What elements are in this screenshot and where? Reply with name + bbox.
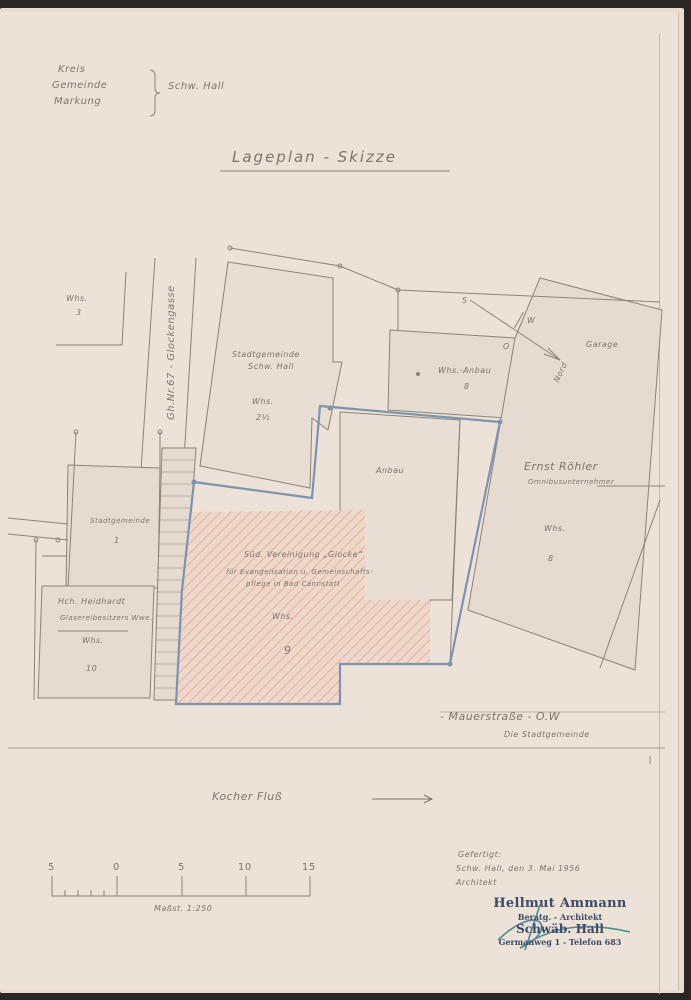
parcel-whs-anbau-number: 8 [464, 382, 470, 391]
parcel-stadtgemeinde-number: 2½ [256, 413, 270, 422]
scale-tick-0: 0 [113, 862, 120, 873]
parcel-heidhardt-type: Whs. [82, 636, 104, 645]
north-arrow-letter-w: W [527, 316, 535, 325]
page-title: Lageplan - Skizze [232, 148, 397, 166]
street-label-mauerstrasse: - Mauerstraße - O.W [440, 710, 560, 723]
north-arrow-letter-s: S [462, 296, 468, 305]
parcel-heidhardt-number: 10 [86, 664, 97, 673]
parcel-roehler-type: Whs. [544, 524, 566, 533]
parcel-heidhardt-owner: Hch. Heidhardt [58, 597, 125, 606]
header-value: Schw. Hall [168, 81, 224, 92]
north-arrow-letter-o: O [503, 342, 510, 351]
parcel-garage-label: Garage [586, 340, 618, 349]
parcel-whs3-label: Whs. [66, 294, 88, 303]
scale-tick-5: 5 [178, 862, 185, 873]
signature-line-architekt: Architekt [456, 878, 497, 887]
parcel-stadtgemeinde-type: Whs. [252, 397, 274, 406]
scale-label: Maßst. 1:250 [154, 904, 212, 913]
parcel-stadtgemeinde-1-number: 1 [114, 536, 120, 545]
parcel-stadtgemeinde-city: Schw. Hall [248, 362, 294, 371]
scale-tick-5-neg: 5 [48, 862, 55, 873]
parcel-glocke-location: pflege in Bad Cannstatt [246, 580, 340, 588]
parcel-stadtgemeinde-owner: Stadtgemeinde [232, 350, 300, 359]
street-label-glockengasse: Gh.Nr.67 - Glockengasse [166, 285, 177, 420]
parcel-roehler-occupation: Omnibusunternehmer [528, 478, 614, 486]
parcel-anbau-label: Anbau [376, 466, 404, 475]
parcel-roehler-number: 8 [548, 554, 554, 563]
header-label-gemeinde: Gemeinde [52, 80, 107, 91]
river-label: Kocher Fluß [212, 790, 282, 803]
architect-stamp: Hellmut Ammann Beratg. - Architekt Schwä… [490, 896, 630, 947]
stamp-city: Schwäb. Hall [490, 922, 630, 936]
header-label-markung: Markung [54, 96, 101, 107]
signature-line-date: Schw. Hall, den 3. Mai 1956 [456, 864, 580, 873]
parcel-stadtgemeinde-1-owner: Stadtgemeinde [90, 517, 150, 525]
parcel-glocke-type: Whs. [272, 612, 294, 621]
stamp-role: Beratg. - Architekt [490, 912, 630, 922]
signature-line-gefertigt: Gefertigt: [458, 850, 501, 859]
stamp-address: Germanweg 1 - Telefon 683 [490, 937, 630, 947]
header-label-kreis: Kreis [58, 64, 85, 75]
parcel-whs-anbau-label: Whs.-Anbau [438, 366, 491, 375]
scale-tick-10: 10 [238, 862, 252, 873]
parcel-glocke-owner: Süd. Vereinigung „Glocke“ [244, 550, 363, 559]
parcel-glocke-number: 9 [284, 644, 292, 657]
parcel-roehler-owner: Ernst Röhler [524, 460, 598, 473]
scale-tick-15: 15 [302, 862, 316, 873]
street-label-stadtgemeinde: Die Stadtgemeinde [504, 730, 590, 739]
parcel-heidhardt-occupation: Glasereibesitzers Wwe. [60, 614, 153, 622]
stamp-name: Hellmut Ammann [490, 896, 630, 911]
parcel-glocke-purpose: für Evangelisation u. Gemeinschafts- [226, 568, 373, 576]
parcel-whs3-number: 3 [76, 308, 82, 317]
